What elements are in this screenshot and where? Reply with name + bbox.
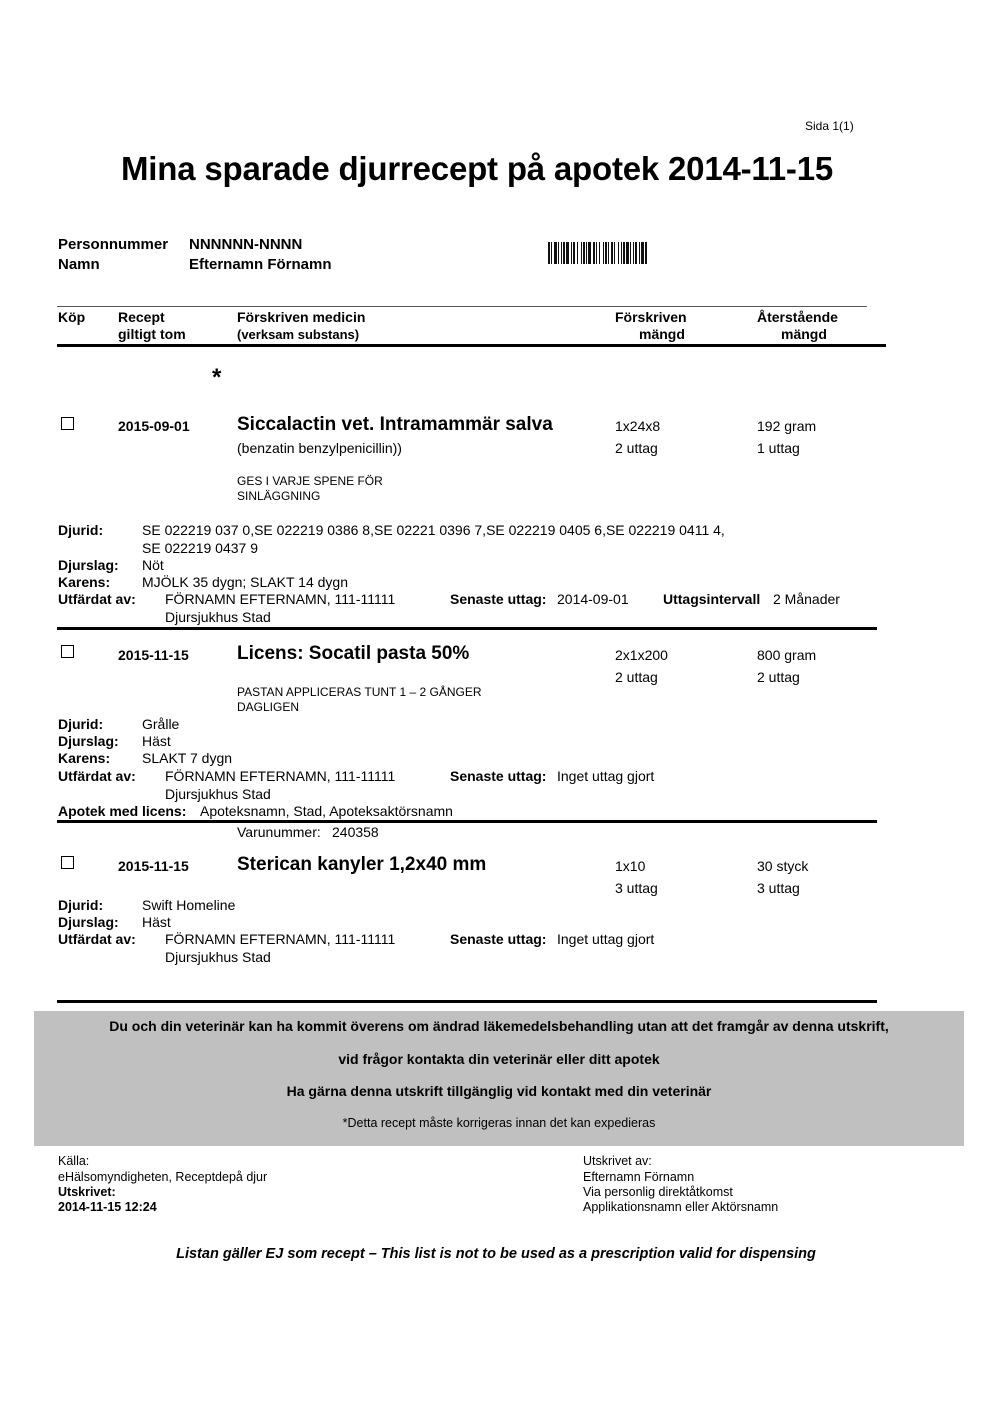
last-withdrawal-value-1: 2014-09-01 bbox=[557, 591, 629, 607]
printed-by-access: Via personlig direktåtkomst bbox=[583, 1185, 733, 1199]
printed-label: Utskrivet: bbox=[58, 1185, 116, 1199]
karens-label-1: Karens: bbox=[58, 574, 110, 590]
namn-value: Efternamn Förnamn bbox=[189, 256, 332, 273]
issuer-label-1: Utfärdat av: bbox=[58, 591, 136, 607]
buy-checkbox-3[interactable] bbox=[61, 856, 74, 869]
drug-name-1: Siccalactin vet. Intramammär salva bbox=[237, 414, 553, 436]
clinic-value-3: Djursjukhus Stad bbox=[165, 949, 271, 965]
buy-checkbox-1[interactable] bbox=[61, 417, 74, 430]
issuer-value-2: FÖRNAMN EFTERNAMN, 111-11111 bbox=[165, 768, 395, 784]
page-number: Sida 1(1) bbox=[805, 119, 854, 133]
notice-line-1: Du och din veterinär kan ha kommit övere… bbox=[34, 1018, 964, 1034]
djurslag-value-1: Nöt bbox=[142, 557, 164, 573]
interval-value-1: 2 Månader bbox=[773, 591, 840, 607]
col-forskriven-line2: mängd bbox=[639, 326, 685, 342]
drug-name-3: Sterican kanyler 1,2x40 mm bbox=[237, 854, 486, 876]
remaining-amount-3: 30 styck bbox=[757, 858, 808, 874]
djurid-value-1-line1: SE 022219 037 0,SE 022219 0386 8,SE 0222… bbox=[142, 522, 725, 538]
djurid-value-1-line2: SE 022219 0437 9 bbox=[142, 540, 258, 556]
barcode bbox=[548, 242, 708, 264]
header-divider-top bbox=[57, 306, 867, 307]
last-withdrawal-label-3: Senaste uttag: bbox=[450, 931, 546, 947]
personnummer-value: NNNNNN-NNNN bbox=[189, 236, 302, 253]
notice-footnote: *Detta recept måste korrigeras innan det… bbox=[34, 1116, 964, 1130]
col-aterstaende-line1: Återstående bbox=[757, 309, 838, 325]
notice-box: Du och din veterinär kan ha kommit övere… bbox=[34, 1011, 964, 1146]
printed-by-app: Applikationsnamn eller Aktörsnamn bbox=[583, 1200, 778, 1214]
valid-until-1: 2015-09-01 bbox=[118, 418, 190, 434]
prescription-divider-3 bbox=[57, 1000, 877, 1003]
clinic-value-2: Djursjukhus Stad bbox=[165, 786, 271, 802]
remaining-amount-2: 800 gram bbox=[757, 647, 816, 663]
issuer-label-3: Utfärdat av: bbox=[58, 931, 136, 947]
karens-label-2: Karens: bbox=[58, 750, 110, 766]
drug-name-2: Licens: Socatil pasta 50% bbox=[237, 643, 469, 665]
issuer-value-3: FÖRNAMN EFTERNAMN, 111-11111 bbox=[165, 931, 395, 947]
col-recept-line2: giltigt tom bbox=[118, 326, 186, 342]
prescription-divider-1 bbox=[57, 627, 877, 630]
namn-label: Namn bbox=[58, 256, 100, 273]
varunummer-label-3: Varunummer: bbox=[237, 824, 321, 840]
prescribed-withdrawals-3: 3 uttag bbox=[615, 880, 658, 896]
instruction-1-line2: SINLÄGGNING bbox=[237, 489, 320, 503]
prescribed-withdrawals-2: 2 uttag bbox=[615, 669, 658, 685]
prescribed-amount-3: 1x10 bbox=[615, 858, 645, 874]
correction-asterisk: * bbox=[212, 364, 221, 392]
page-title: Mina sparade djurrecept på apotek 2014-1… bbox=[121, 150, 833, 188]
printed-by-name: Efternamn Förnamn bbox=[583, 1170, 694, 1184]
remaining-withdrawals-2: 2 uttag bbox=[757, 669, 800, 685]
col-recept-line1: Recept bbox=[118, 309, 165, 325]
disclaimer: Listan gäller EJ som recept – This list … bbox=[0, 1246, 992, 1262]
instruction-1-line1: GES I VARJE SPENE FÖR bbox=[237, 474, 383, 488]
valid-until-3: 2015-11-15 bbox=[118, 858, 189, 874]
djurid-label-1: Djurid: bbox=[58, 522, 103, 538]
valid-until-2: 2015-11-15 bbox=[118, 647, 189, 663]
djurid-value-3: Swift Homeline bbox=[142, 897, 235, 913]
clinic-value-1: Djursjukhus Stad bbox=[165, 609, 271, 625]
karens-value-2: SLAKT 7 dygn bbox=[142, 750, 232, 766]
pharmacy-license-label-2: Apotek med licens: bbox=[58, 803, 186, 819]
last-withdrawal-value-2: Inget uttag gjort bbox=[557, 768, 654, 784]
last-withdrawal-value-3: Inget uttag gjort bbox=[557, 931, 654, 947]
djurslag-label-2: Djurslag: bbox=[58, 733, 119, 749]
remaining-withdrawals-1: 1 uttag bbox=[757, 440, 800, 456]
djurid-label-3: Djurid: bbox=[58, 897, 103, 913]
djurid-value-2: Grålle bbox=[142, 716, 179, 732]
col-forskriven-line1: Förskriven bbox=[615, 309, 687, 325]
header-divider-bottom bbox=[57, 344, 886, 347]
printed-by-label: Utskrivet av: bbox=[583, 1154, 652, 1168]
last-withdrawal-label-2: Senaste uttag: bbox=[450, 768, 546, 784]
djurslag-label-1: Djurslag: bbox=[58, 557, 119, 573]
col-aterstaende-line2: mängd bbox=[781, 326, 827, 342]
pharmacy-license-value-2: Apoteksnamn, Stad, Apoteksaktörsnamn bbox=[200, 803, 453, 819]
karens-value-1: MJÖLK 35 dygn; SLAKT 14 dygn bbox=[142, 574, 348, 590]
issuer-label-2: Utfärdat av: bbox=[58, 768, 136, 784]
remaining-amount-1: 192 gram bbox=[757, 418, 816, 434]
djurid-label-2: Djurid: bbox=[58, 716, 103, 732]
notice-line-3: Ha gärna denna utskrift tillgänglig vid … bbox=[34, 1083, 964, 1099]
substance-1: (benzatin benzylpenicillin)) bbox=[237, 440, 402, 456]
prescribed-amount-1: 1x24x8 bbox=[615, 418, 660, 434]
instruction-2-line2: DAGLIGEN bbox=[237, 700, 299, 714]
printed-value: 2014-11-15 12:24 bbox=[58, 1200, 157, 1214]
buy-checkbox-2[interactable] bbox=[61, 645, 74, 658]
notice-line-2: vid frågor kontakta din veterinär eller … bbox=[34, 1051, 964, 1067]
col-medicin-line1: Förskriven medicin bbox=[237, 309, 365, 325]
last-withdrawal-label-1: Senaste uttag: bbox=[450, 591, 546, 607]
djurslag-label-3: Djurslag: bbox=[58, 914, 119, 930]
col-kop: Köp bbox=[58, 309, 85, 325]
remaining-withdrawals-3: 3 uttag bbox=[757, 880, 800, 896]
source-value: eHälsomyndigheten, Receptdepå djur bbox=[58, 1170, 267, 1184]
personnummer-label: Personnummer bbox=[58, 236, 168, 253]
instruction-2-line1: PASTAN APPLICERAS TUNT 1 – 2 GÅNGER bbox=[237, 685, 482, 699]
prescribed-amount-2: 2x1x200 bbox=[615, 647, 668, 663]
prescription-divider-2 bbox=[57, 820, 877, 823]
djurslag-value-3: Häst bbox=[142, 914, 171, 930]
source-label: Källa: bbox=[58, 1154, 89, 1168]
varunummer-value-3: 240358 bbox=[332, 824, 379, 840]
djurslag-value-2: Häst bbox=[142, 733, 171, 749]
prescribed-withdrawals-1: 2 uttag bbox=[615, 440, 658, 456]
issuer-value-1: FÖRNAMN EFTERNAMN, 111-11111 bbox=[165, 591, 395, 607]
interval-label-1: Uttagsintervall bbox=[663, 591, 760, 607]
col-medicin-line2: (verksam substans) bbox=[237, 327, 359, 342]
